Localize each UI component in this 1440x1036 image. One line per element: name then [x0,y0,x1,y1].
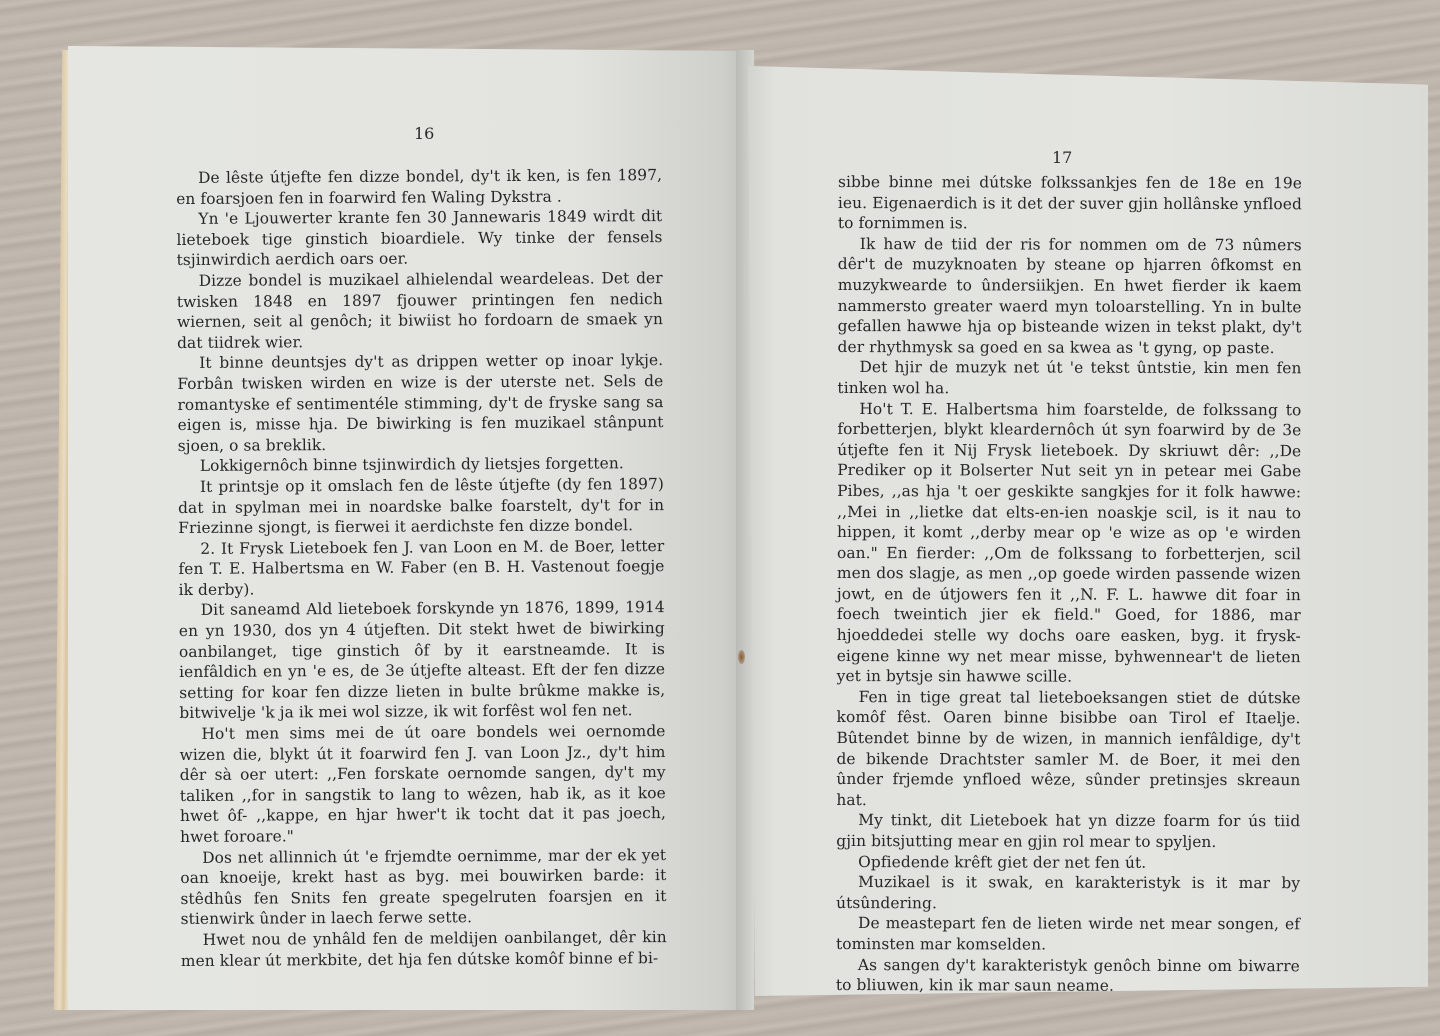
right-page-number: 17 [1052,148,1072,167]
paragraph: 2. It Frysk Lieteboek fen J. van Loon en… [178,536,664,601]
paragraph: Dit saneamd Ald lieteboek forskynde yn 1… [179,597,666,724]
paragraph: Hwet nou de ynhâld fen de meldijen oanbi… [181,927,667,971]
paragraph: Ho't T. E. Halbertsma him foarstelde, de… [837,399,1302,689]
paragraph: De meastepart fen de lieten wirde net me… [836,913,1300,955]
paragraph: Dos net allinnich út 'e frjemdte oernimm… [180,845,666,930]
paragraph: Lokkigernôch binne tsjinwirdich dy liets… [178,453,664,477]
paragraph: Opfiedende krêft giet der net fen út. [836,852,1300,874]
paragraph: Dizze bondel is muzikael alhielendal wea… [177,268,663,353]
paper-stain [738,650,745,664]
left-page-text: De lêste útjefte fen dizze bondel, dy't … [176,165,667,971]
continued-paragraph: sibbe binne mei dútske folkssankjes fen … [838,172,1302,235]
right-page-text: sibbe binne mei dútske folkssankjes fen … [836,172,1302,997]
paragraph: Fen in tige great tal lieteboeksangen st… [836,687,1300,812]
paragraph: Yn 'e Ljouwerter krante fen 30 Jannewari… [176,206,662,271]
paragraph: It binne deuntsjes dy't as drippen wette… [177,350,664,456]
paragraph: As sangen dy't karakteristyk genôch binn… [836,955,1300,997]
paragraph: It printsje op it omslach fen de lêste ú… [178,474,664,539]
paragraph: Muzikael is it swak, en karakteristyk is… [836,872,1300,914]
paragraph: My tinkt, dit Lieteboek hat yn dizze foa… [836,810,1300,852]
paragraph: Det hjir de muzyk net út 'e tekst ûntsti… [837,357,1301,399]
paragraph: Ik haw de tiid der ris for nommen om de … [838,234,1302,359]
left-page-number: 16 [414,124,434,143]
open-book: 16 17 De lêste útjefte fen dizze bondel,… [0,0,1440,1036]
paragraph: Ho't men sims mei de út oare bondels wei… [179,721,666,848]
paragraph: De lêste útjefte fen dizze bondel, dy't … [176,165,662,209]
